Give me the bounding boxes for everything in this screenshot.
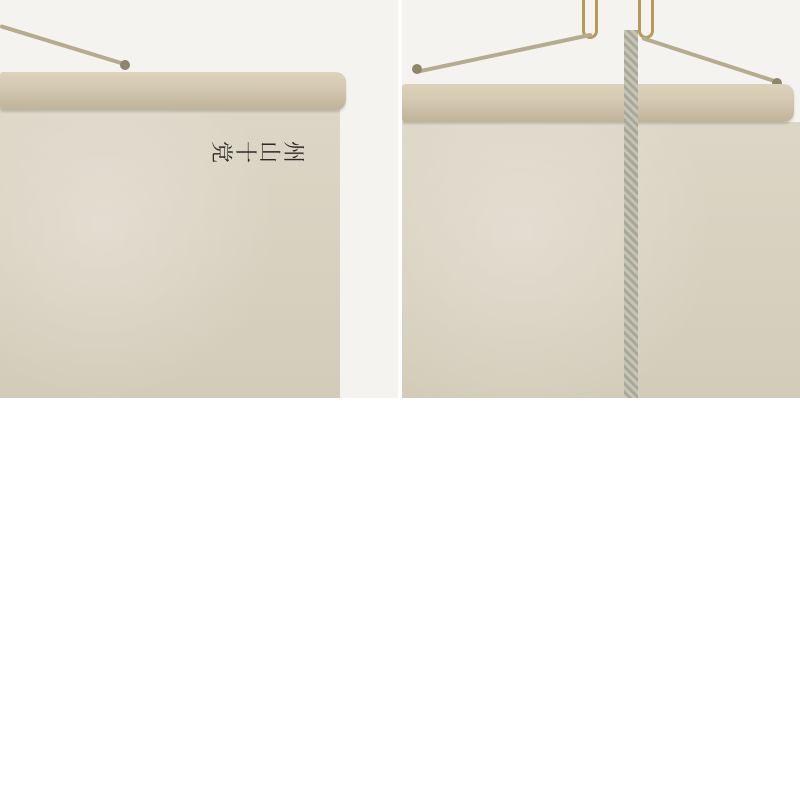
hanging-cord: [0, 24, 130, 67]
cord-knot: [120, 60, 130, 70]
braided-tie-ribbon: [624, 30, 638, 398]
left-photo-panel: handwritten brush calligraphy (illegible…: [0, 0, 398, 398]
cord-knot-left: [412, 64, 422, 74]
right-photo-panel: [402, 0, 800, 398]
brass-hook-right: [638, 0, 654, 39]
hanging-cord-left: [416, 33, 593, 74]
scroll-paper: [402, 122, 800, 398]
scroll-top-rod: [0, 72, 346, 110]
brush-inscription: handwritten brush calligraphy (illegible…: [126, 135, 306, 166]
scroll-top-rod: [402, 84, 794, 122]
hanging-cord-right: [641, 36, 775, 83]
